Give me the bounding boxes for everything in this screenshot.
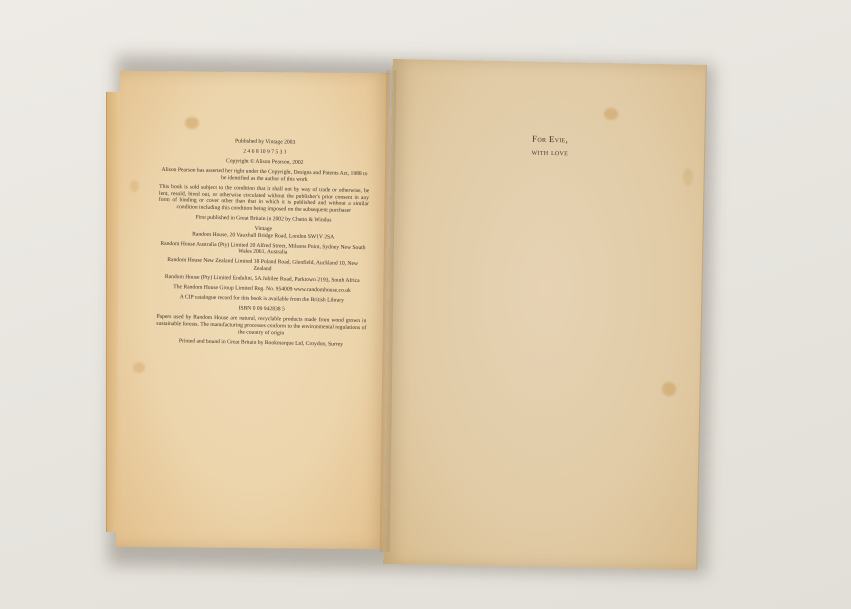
address-south-africa: Random House (Pty) Limited Endulini, 5A … — [157, 274, 367, 285]
author-rights: Alison Pearson has asserted her right un… — [159, 167, 369, 185]
copyright-line: Copyright © Alison Pearson, 2002 — [160, 157, 370, 168]
paper-notice: Papers used by Random House are natural,… — [156, 314, 366, 338]
address-new-zealand: Random House New Zealand Limited 18 Pola… — [157, 257, 367, 275]
open-book: Published by Vintage 2003 2 4 6 8 10 9 7… — [0, 0, 851, 609]
printing-number-line: 2 4 6 8 10 9 7 5 3 1 — [160, 147, 370, 158]
dedication-line-2: with love — [505, 145, 595, 160]
copyright-text: Published by Vintage 2003 2 4 6 8 10 9 7… — [156, 137, 370, 352]
foxing-spot — [662, 382, 676, 396]
isbn: ISBN 0 09 942838 5 — [157, 304, 367, 315]
sale-conditions: This book is sold subject to the conditi… — [159, 184, 370, 215]
foxing-spot — [185, 117, 199, 129]
address-australia: Random House Australia (Pty) Limited 20 … — [158, 240, 368, 258]
foxing-spot — [133, 362, 145, 373]
cip-record: A CIP catalogue record for this book is … — [157, 294, 367, 305]
foxing-spot — [683, 168, 693, 186]
printer-line: Printed and bound in Great Britain by Bo… — [156, 337, 366, 348]
foxing-spot — [130, 180, 139, 192]
group-registration: The Random House Group Limited Reg. No. … — [157, 284, 367, 295]
dedication: For Evie, with love — [505, 132, 595, 160]
first-published: First published in Great Britain in 2002… — [158, 214, 368, 225]
foxing-spot — [604, 108, 618, 120]
